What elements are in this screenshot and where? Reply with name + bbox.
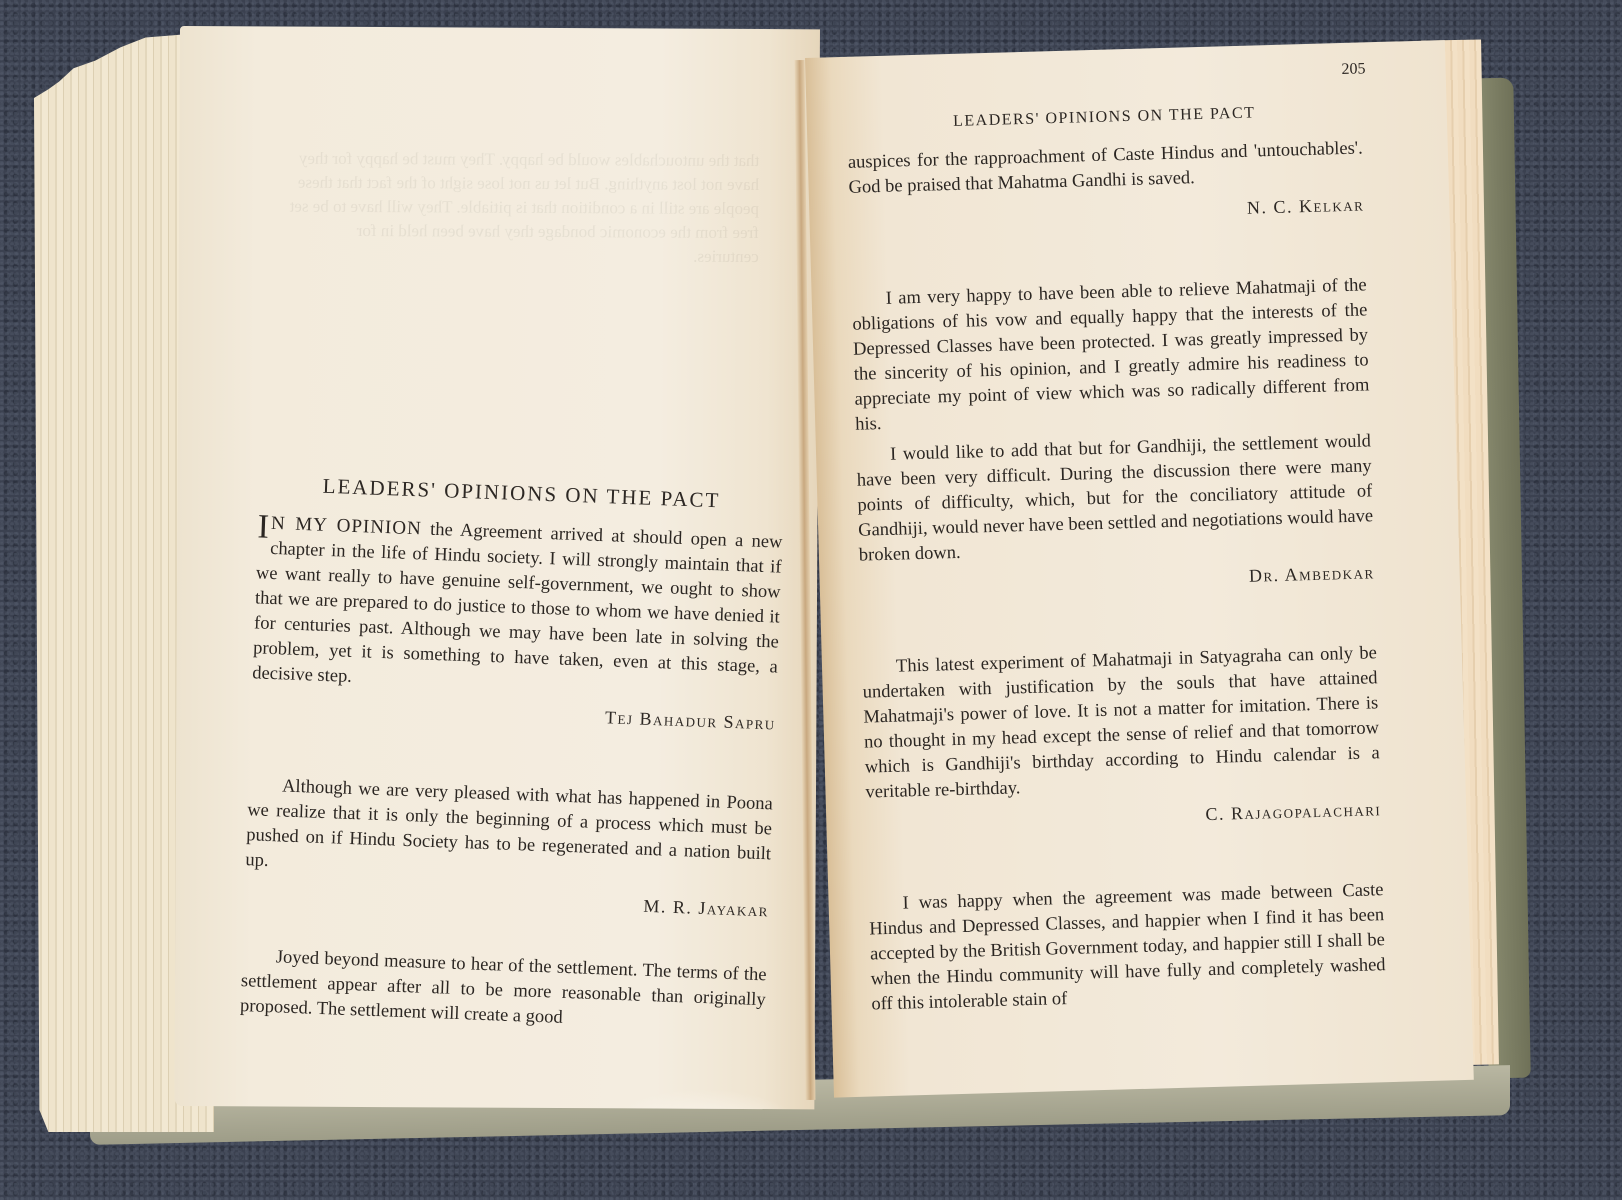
- photo-scene: that the untouchables would be happy. Th…: [0, 0, 1622, 1200]
- light-reflection: [604, 1088, 804, 1109]
- quote-jayakar: Although we are very pleased with what h…: [245, 773, 773, 892]
- show-through-text: that the untouchables would be happy. Th…: [289, 147, 760, 269]
- page-number: 205: [1341, 60, 1365, 79]
- quote-ambedkar-p1: I am very happy to have been able to rel…: [851, 273, 1370, 437]
- right-page: 205 LEADERS' OPINIONS ON THE PACT auspic…: [805, 40, 1474, 1097]
- left-page-content: LEADERS' OPINIONS ON THE PACT IN MY OPIN…: [240, 471, 785, 1038]
- lead-in: N MY OPINION: [271, 513, 422, 540]
- quote-text: the Agreement arrived at should open a n…: [252, 519, 783, 687]
- left-page: that the untouchables would be happy. Th…: [174, 26, 820, 1109]
- quote-final: I was happy when the agreement was made …: [868, 878, 1386, 1017]
- quote-sapru: IN MY OPINION the Agreement arrived at s…: [252, 510, 783, 705]
- chapter-title: LEADERS' OPINIONS ON THE PACT: [259, 471, 785, 515]
- right-page-content: LEADERS' OPINIONS ON THE PACT auspices f…: [847, 97, 1387, 1017]
- quote-rajagopalachari: This latest experiment of Mahatmaji in S…: [862, 641, 1381, 805]
- quote-ambedkar-p2: I would like to add that but for Gandhij…: [856, 429, 1374, 568]
- drop-cap: I: [257, 512, 269, 542]
